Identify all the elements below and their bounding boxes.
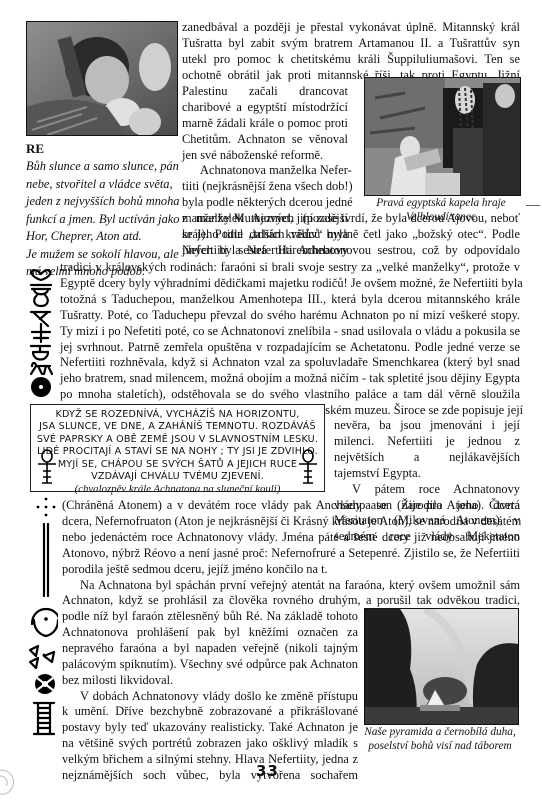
- ladder-glyph: [34, 703, 54, 734]
- text-line: Achnaton, když se prohlásil za člověka r…: [62, 593, 520, 609]
- text-line: Na Achnatona byl spáchán první veřejný a…: [62, 578, 520, 594]
- photo-pyramid-rainbow: [364, 608, 519, 725]
- text-line: (Chráněná Atonem) a v devátém roce vlády…: [62, 498, 520, 514]
- text-line: tradici v královských rodinách: faraóni …: [60, 260, 520, 276]
- article-block-1: zanedbával a později je přestal vykonáva…: [182, 20, 520, 84]
- text-line: Egyptě dcery byly výhradními dědičkami m…: [60, 276, 520, 292]
- ankh-icon: [36, 449, 58, 487]
- text-line: charibové a egyptští místodržící: [182, 100, 348, 116]
- sidebar-re-line: jeden z nejvyšších bohů mnoha: [26, 193, 182, 211]
- text-line: po mnoha staletích), odstěhovala se do s…: [60, 387, 520, 403]
- text-line: V dobách Achnatonovy vlády došlo ke změn…: [62, 689, 358, 705]
- sun-eye-glyph: [32, 609, 58, 636]
- article-block-8: podle níž byl faraón ztělesněný bůh Ré. …: [62, 609, 358, 784]
- article-block-2: Palestinu začali drancovat charibové a e…: [182, 84, 348, 164]
- text-line: Nefertiiti rozhněvala, když si Achnaton …: [60, 355, 520, 371]
- text-line: manželky Mutnezmet, jiní zase tvrdí, že …: [182, 211, 520, 227]
- text-line: Atonovo, nýbrž Réovo a není jasné proč: …: [62, 546, 520, 562]
- text-line: dcera, Nefernofruaton (Aton je nejkrásně…: [62, 514, 520, 530]
- hymn-quote-lines: KDYŽ SE ROZEDNÍVÁ, VYCHÁZÍŠ NA HORIZONTU…: [31, 405, 324, 495]
- caption-line: Naše pyramida a černobílá duha,: [350, 725, 530, 739]
- text-line: Achnatonova manželka Nefer-: [182, 163, 348, 179]
- sidebar-re-line: funkcí a jmen. Byl uctíván jako: [26, 211, 182, 229]
- hieroglyph-column-1-image: [26, 262, 56, 400]
- hieroglyph-column-1: [26, 262, 56, 397]
- hymn-line: JSA SLUNCE, VE DNE, A ZAHÁNÍŠ TEMNOTU. R…: [31, 421, 324, 433]
- text-line: největších a nejlákavějších: [334, 450, 520, 466]
- article-block-5: tradici v královských rodinách: faraóni …: [60, 260, 520, 419]
- text-line: byla podle některých dcerou jedné: [182, 195, 348, 211]
- text-line: nebo jedenáctém roce Achnatonovy vlády. …: [62, 530, 520, 546]
- text-line: Achnatonova prohlášení pak byl kněžími o…: [62, 625, 358, 641]
- text-line: milenci. Nefertiiti je jednou z: [334, 434, 520, 450]
- text-line: Ty mizí i po Nefetiti poté, co se Achnat…: [60, 324, 520, 340]
- loop-glyph: [32, 289, 50, 306]
- text-line: k umění. Dříve bezchybně zobrazované a p…: [62, 704, 358, 720]
- text-line: postavy byly teď ukazovány realisticky. …: [62, 720, 358, 736]
- text-line: palácovým spiknutím). Všechny své odpůrc…: [62, 657, 358, 673]
- text-line: Tušratta byl zabit svým bratrem Artamano…: [182, 36, 520, 52]
- text-line: zanedbával a později je přestal vykonáva…: [182, 20, 520, 36]
- hymn-line: KDYŽ SE ROZEDNÍVÁ, VYCHÁZÍŠ NA HORIZONTU…: [31, 409, 324, 421]
- text-line: Tušratty. Poté, co Taduchepu převzal do …: [60, 308, 520, 324]
- triangles-glyph: [30, 646, 54, 668]
- lion-glyph: [31, 363, 52, 374]
- text-line: podle níž byl faraón ztělesněný bůh Ré. …: [62, 609, 358, 625]
- hymn-line: VZDÁVAJÍ CHVÁLU TVÉMU ZJEVENÍ.: [31, 471, 324, 483]
- heart-glyph: [32, 270, 51, 280]
- hymn-line: SVÉ PAPRSKY A OBĚ ZEMĚ JSOU V SLAVNOSTNÍ…: [31, 434, 324, 446]
- text-line: Palestinu začali drancovat: [182, 84, 348, 100]
- text-line: totožná s Taduchepou, manželkou Amenhote…: [60, 292, 520, 308]
- caption-line: poselství bohů visí nad táborem: [350, 739, 530, 753]
- page-number: 33: [256, 762, 279, 780]
- seat-glyph: [31, 346, 50, 360]
- sidebar-re-line: Hor, Cheprer, Aton atd.: [26, 228, 182, 246]
- text-line: porodila ještě sedmou dceru, jejíž jméno…: [62, 562, 520, 578]
- text-line: bez milosti likvidoval.: [62, 673, 358, 689]
- margin-mark: [526, 205, 540, 206]
- sidebar-re-title: RE: [26, 141, 182, 157]
- article-block-7: (Chráněná Atonem) a v devátém roce vlády…: [62, 498, 520, 609]
- text-line: nejznámějších soch vůbec, byla vytvořena…: [62, 768, 358, 784]
- text-line: Chetitům. Achnaton se věnoval: [182, 132, 348, 148]
- hymn-line: LIDÉ PROCITAJÍ A STAVÍ SE NA NOHY ; TY J…: [31, 446, 324, 458]
- corner-swirl-decoration: [0, 764, 20, 800]
- caption-line: Pravá egyptská kapela hraje: [356, 196, 526, 210]
- sidebar-re-line: nebe, stvořitel a vládce světa,: [26, 176, 182, 194]
- double-stroke-glyph: [44, 524, 48, 596]
- text-line: jiných byla Nefertiiti Achnatonovou sest…: [182, 243, 520, 259]
- text-line: V pátem roce Achnatonovy: [334, 482, 520, 498]
- photo-egyptian-band: [364, 77, 521, 196]
- caption-pyramid-rainbow: Naše pyramida a černobílá duha, poselstv…: [350, 725, 530, 753]
- dots-glyph: [45, 498, 48, 501]
- text-line: utekl pro pomoc k chetitskému králi Šupp…: [182, 52, 520, 68]
- hymn-citation: (chvalozpěv krále Achnatona na sluneční …: [31, 483, 324, 495]
- text-line: nevěra, ba jsou jmenováni i její: [334, 418, 520, 434]
- hymn-line: MYJÍ SE, CHÁPOU SE SVÝCH ŠATŮ A JEJICH R…: [31, 459, 324, 471]
- photo-pyramid-rainbow-image: [365, 609, 518, 724]
- text-line: na většině svých portrétů zobrazen jako …: [62, 736, 358, 752]
- text-line: jeho bratrem, snad milencem, možná obojí…: [60, 371, 520, 387]
- text-line: nepravého faraóna a byl napaden veřejně …: [62, 641, 358, 657]
- text-line: tajemství Egypta.: [334, 466, 520, 482]
- hieroglyph-column-2-image: [22, 496, 58, 736]
- sidebar-re-line: Bůh slunce a samo slunce, pán: [26, 158, 182, 176]
- text-line: jen své náboženské reformě.: [182, 148, 348, 164]
- photo-boy-crowd-image: [27, 22, 177, 135]
- text-line: marně žádali krále o pomoc proti: [182, 116, 348, 132]
- hymn-quote-box: KDYŽ SE ROZEDNÍVÁ, VYCHÁZÍŠ NA HORIZONTU…: [30, 404, 325, 492]
- hieroglyph-column-2: [22, 496, 58, 736]
- ankh-icon: [297, 449, 319, 487]
- text-line: jej svrhnout. Patrně zemřela opuštěna v …: [60, 340, 520, 356]
- text-line: velkým břichem a silnými stehny. Hlava N…: [62, 752, 358, 768]
- photo-egyptian-band-image: [365, 78, 520, 195]
- text-line: tiiti (nejkrásnější žena všech dob!): [182, 179, 348, 195]
- article-block-4: manželky Mutnezmet, jiní zase tvrdí, že …: [182, 211, 520, 259]
- text-line: se jeho titul „tchán králův“ mylně četl …: [182, 227, 520, 243]
- photo-boy-crowd: [26, 21, 178, 136]
